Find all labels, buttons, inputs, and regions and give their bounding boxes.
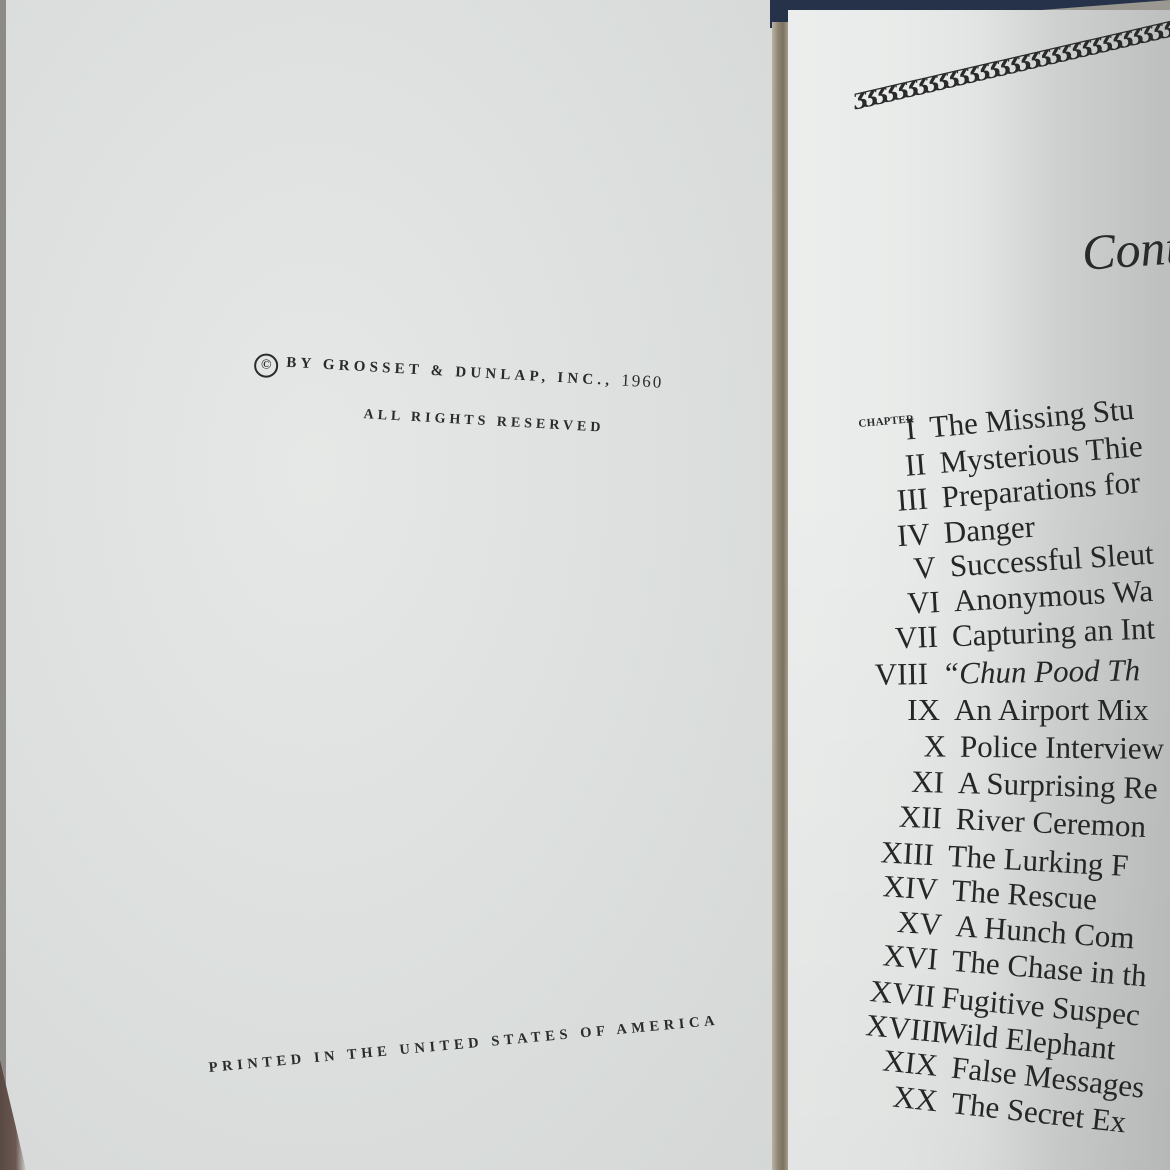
chapter-number: XI (885, 763, 944, 801)
chapter-number: VIII (870, 656, 929, 693)
toc-chapter-row: IXAn Airport Mix (882, 692, 1149, 728)
copyright-symbol-icon: © (253, 353, 278, 378)
chapter-number: XII (883, 798, 942, 836)
copyright-year: 1960 (621, 371, 664, 392)
toc-chapter-row: VIII“Chun Pood Th (870, 652, 1141, 693)
chapter-title: River Ceremon (955, 801, 1147, 844)
chapter-number: XIV (879, 868, 939, 908)
chapter-number: X (888, 728, 946, 765)
page-edge-shadow (0, 0, 6, 1170)
chapter-number: VI (881, 584, 941, 623)
chapter-number: III (869, 481, 930, 521)
toc-chapter-row: XPolice Interview (888, 728, 1164, 767)
chapter-title: An Airport Mix (954, 692, 1149, 727)
book-gutter (772, 22, 788, 1170)
chapter-title: “Chun Pood Th (942, 652, 1141, 690)
chapter-number: IX (882, 692, 940, 728)
chapter-number: XVI (879, 937, 940, 978)
left-page-copyright (4, 0, 776, 1170)
chapter-number: V (877, 549, 937, 589)
chapter-number: XX (878, 1077, 940, 1119)
chapter-number: VII (879, 619, 938, 657)
contents-title: Cont (1080, 217, 1170, 282)
chapter-title: A Surprising Re (957, 765, 1158, 806)
chapter-number: XVIII (864, 1007, 925, 1048)
chapter-number: I (856, 411, 917, 452)
chapter-title: Capturing an Int (951, 610, 1155, 653)
chapter-title: Police Interview (960, 729, 1164, 766)
